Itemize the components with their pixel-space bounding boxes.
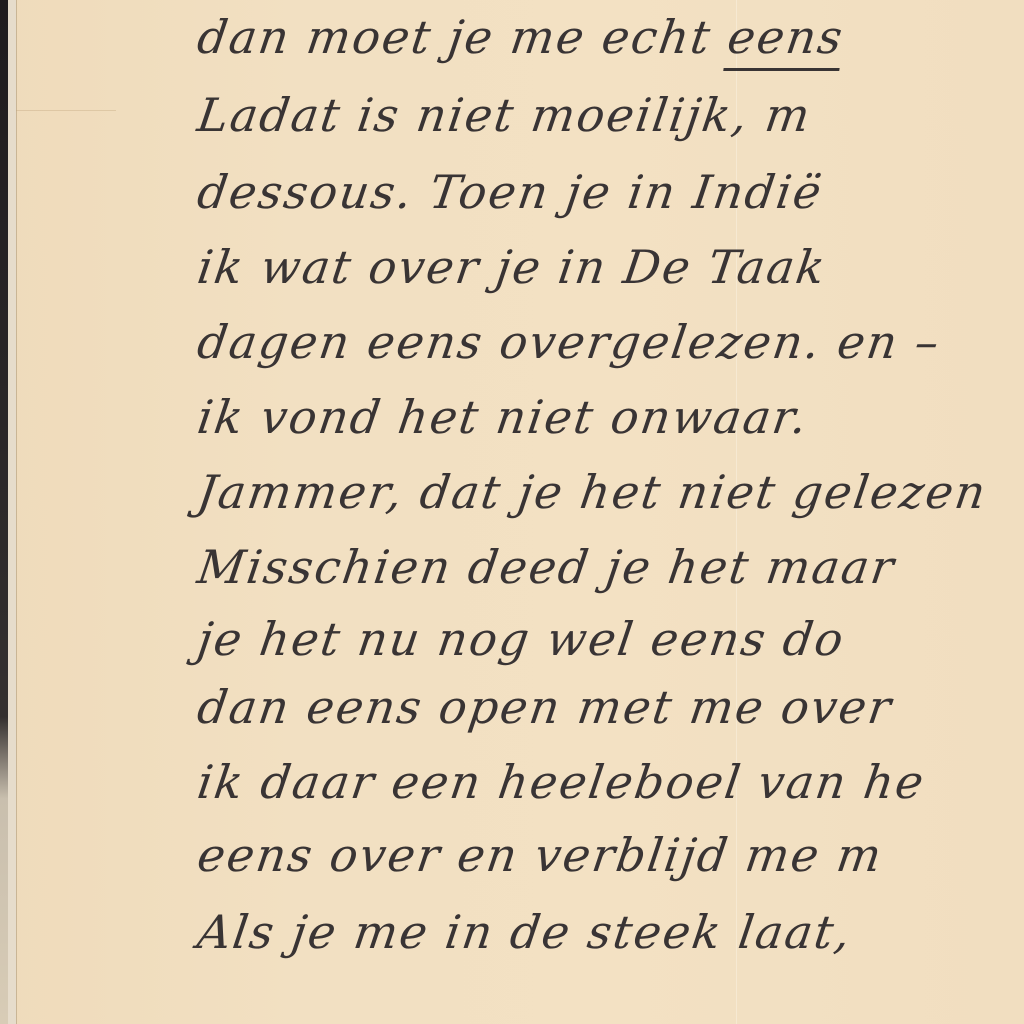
letter-line-9: je het nu nog wel eens do — [194, 612, 848, 666]
letter-line-4: ik wat over je in De Taak — [194, 240, 830, 294]
letter-line-13: Als je me in de steek laat, — [194, 905, 855, 959]
letter-line-1: dan moet je me echt eens — [194, 10, 847, 64]
letter-line-5: dagen eens overgelezen. en – — [194, 315, 944, 369]
letter-line-12: eens over en verblijd me m — [194, 828, 886, 882]
letter-line-2: Ladat is niet moeilijk, m — [194, 88, 815, 142]
scanner-backdrop — [0, 0, 8, 1024]
letter-line-3: dessous. Toen je in Indië — [194, 165, 826, 219]
paper-fold-horizontal — [16, 110, 116, 111]
letter-line-1-text: dan moet je me echt — [194, 10, 732, 64]
letter-line-11: ik daar een heeleboel van he — [194, 755, 929, 809]
letter-scan: dan moet je me echt eens Ladat is niet m… — [0, 0, 1024, 1024]
letter-line-6: ik vond het niet onwaar. — [194, 390, 812, 444]
letter-line-7: Jammer, dat je het niet gelezen — [194, 465, 990, 519]
paper-edge — [8, 0, 17, 1024]
letter-line-10: dan eens open met me over — [194, 680, 896, 734]
underlined-word: eens — [723, 10, 847, 71]
letter-line-8: Misschien deed je het maar — [194, 540, 899, 594]
